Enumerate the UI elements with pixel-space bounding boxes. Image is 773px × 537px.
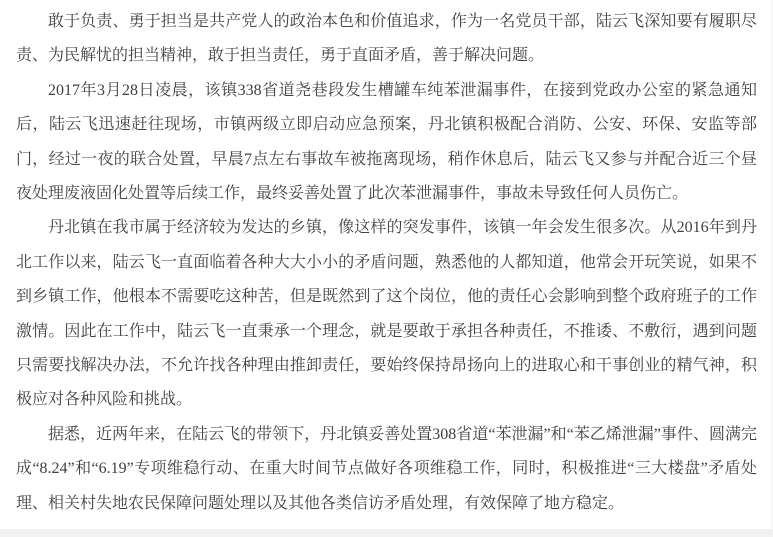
- paragraph-danbei-town-work: 丹北镇在我市属于经济较为发达的乡镇，像这样的突发事件，该镇一年会发生很多次。从2…: [16, 211, 757, 417]
- paragraph-responsibility-intro: 敢于负责、勇于担当是共产党人的政治本色和价值追求，作为一名党员干部，陆云飞深知要…: [16, 5, 757, 74]
- document-page: 敢于负责、勇于担当是共产党人的政治本色和价值追求，作为一名党员干部，陆云飞深知要…: [0, 0, 773, 529]
- paragraph-benzene-leak-incident: 2017年3月28日凌晨，该镇338省道尧巷段发生槽罐车纯苯泄漏事件，在接到党政…: [16, 74, 757, 212]
- paragraph-recent-achievements: 据悉，近两年来，在陆云飞的带领下，丹北镇妥善处置308省道“苯泄漏”和“苯乙烯泄…: [16, 418, 757, 521]
- horizontal-scrollbar-track[interactable]: [0, 529, 773, 537]
